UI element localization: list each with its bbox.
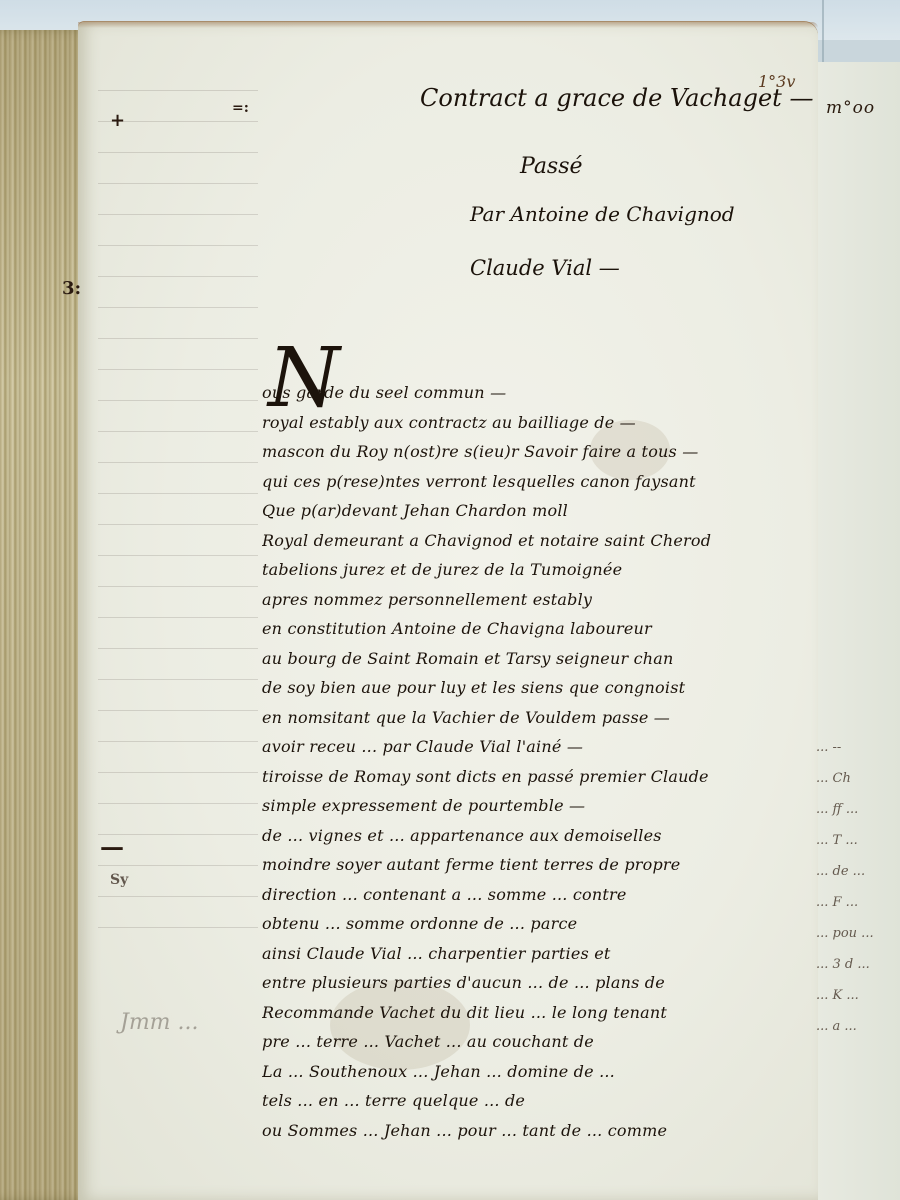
adjacent-page-notes: ... -- ... Ch ... ff ... ... T ... ... d… xyxy=(816,740,900,1050)
heading-passe: Passé xyxy=(520,154,583,179)
body-line: tabelions jurez et de jurez de la Tumoig… xyxy=(262,555,792,585)
heading-party-2: Claude Vial — xyxy=(470,256,620,280)
body-line: ous garde du seel commun — xyxy=(262,378,792,408)
body-line: en constitution Antoine de Chavigna labo… xyxy=(262,614,792,644)
body-line: ou Sommes ... Jehan ... pour ... tant de… xyxy=(262,1116,792,1146)
body-line: tels ... en ... terre quelque ... de xyxy=(262,1086,792,1116)
background-seam xyxy=(822,0,824,62)
drop-capital: N xyxy=(268,338,340,420)
margin-note: ... de ... xyxy=(816,864,900,895)
margin-mark: — xyxy=(100,832,124,861)
body-line: royal estably aux contractz au bailliage… xyxy=(262,408,792,438)
body-line: pre ... terre ... Vachet ... au couchant… xyxy=(262,1027,792,1057)
margin-note: ... -- xyxy=(816,740,900,771)
margin-mark: + xyxy=(110,110,125,131)
body-line: de ... vignes et ... appartenance aux de… xyxy=(262,821,792,851)
show-through-lines xyxy=(98,90,258,958)
heading-party-1: Par Antoine de Chavignod xyxy=(470,202,735,226)
body-line: La ... Southenoux ... Jehan ... domine d… xyxy=(262,1057,792,1087)
body-line: apres nommez personnellement estably xyxy=(262,585,792,615)
adjacent-folio-number: m°oo xyxy=(826,98,875,118)
margin-doodle: Jmm ... xyxy=(120,1010,199,1035)
margin-mark: Sy xyxy=(110,872,128,888)
body-line: obtenu ... somme ordonne de ... parce xyxy=(262,909,792,939)
body-line: Recommande Vachet du dit lieu ... le lon… xyxy=(262,998,792,1028)
body-line: Que p(ar)devant Jehan Chardon moll xyxy=(262,496,792,526)
margin-note: ... F ... xyxy=(816,895,900,926)
body-line: ainsi Claude Vial ... charpentier partie… xyxy=(262,939,792,969)
body-line: simple expressement de pourtemble — xyxy=(262,791,792,821)
body-line: tiroisse de Romay sont dicts en passé pr… xyxy=(262,762,792,792)
margin-note: ... a ... xyxy=(816,1019,900,1050)
body-line: avoir receu ... par Claude Vial l'ainé — xyxy=(262,732,792,762)
body-line: moindre soyer autant ferme tient terres … xyxy=(262,850,792,880)
body-line: en nomsitant que la Vachier de Vouldem p… xyxy=(262,703,792,733)
body-line: de soy bien aue pour luy et les siens qu… xyxy=(262,673,792,703)
body-line: qui ces p(rese)ntes verront lesquelles c… xyxy=(262,467,792,497)
body-line: direction ... contenant a ... somme ... … xyxy=(262,880,792,910)
body-line: Royal demeurant a Chavignod et notaire s… xyxy=(262,526,792,556)
margin-note: ... ff ... xyxy=(816,802,900,833)
margin-note: ... K ... xyxy=(816,988,900,1019)
margin-note: ... Ch xyxy=(816,771,900,802)
heading-title: Contract a grace de Vachaget — xyxy=(420,84,813,112)
body-line: au bourg de Saint Romain et Tarsy seigne… xyxy=(262,644,792,674)
margin-note: ... pou ... xyxy=(816,926,900,957)
margin-note: ... T ... xyxy=(816,833,900,864)
body-line: entre plusieurs parties d'aucun ... de .… xyxy=(262,968,792,998)
margin-mark: 3: xyxy=(62,278,81,299)
contract-body: N ous garde du seel commun — royal estab… xyxy=(262,378,792,1145)
body-line: mascon du Roy n(ost)re s(ieu)r Savoir fa… xyxy=(262,437,792,467)
margin-note: ... 3 d ... xyxy=(816,957,900,988)
margin-mark: =: xyxy=(232,100,249,116)
